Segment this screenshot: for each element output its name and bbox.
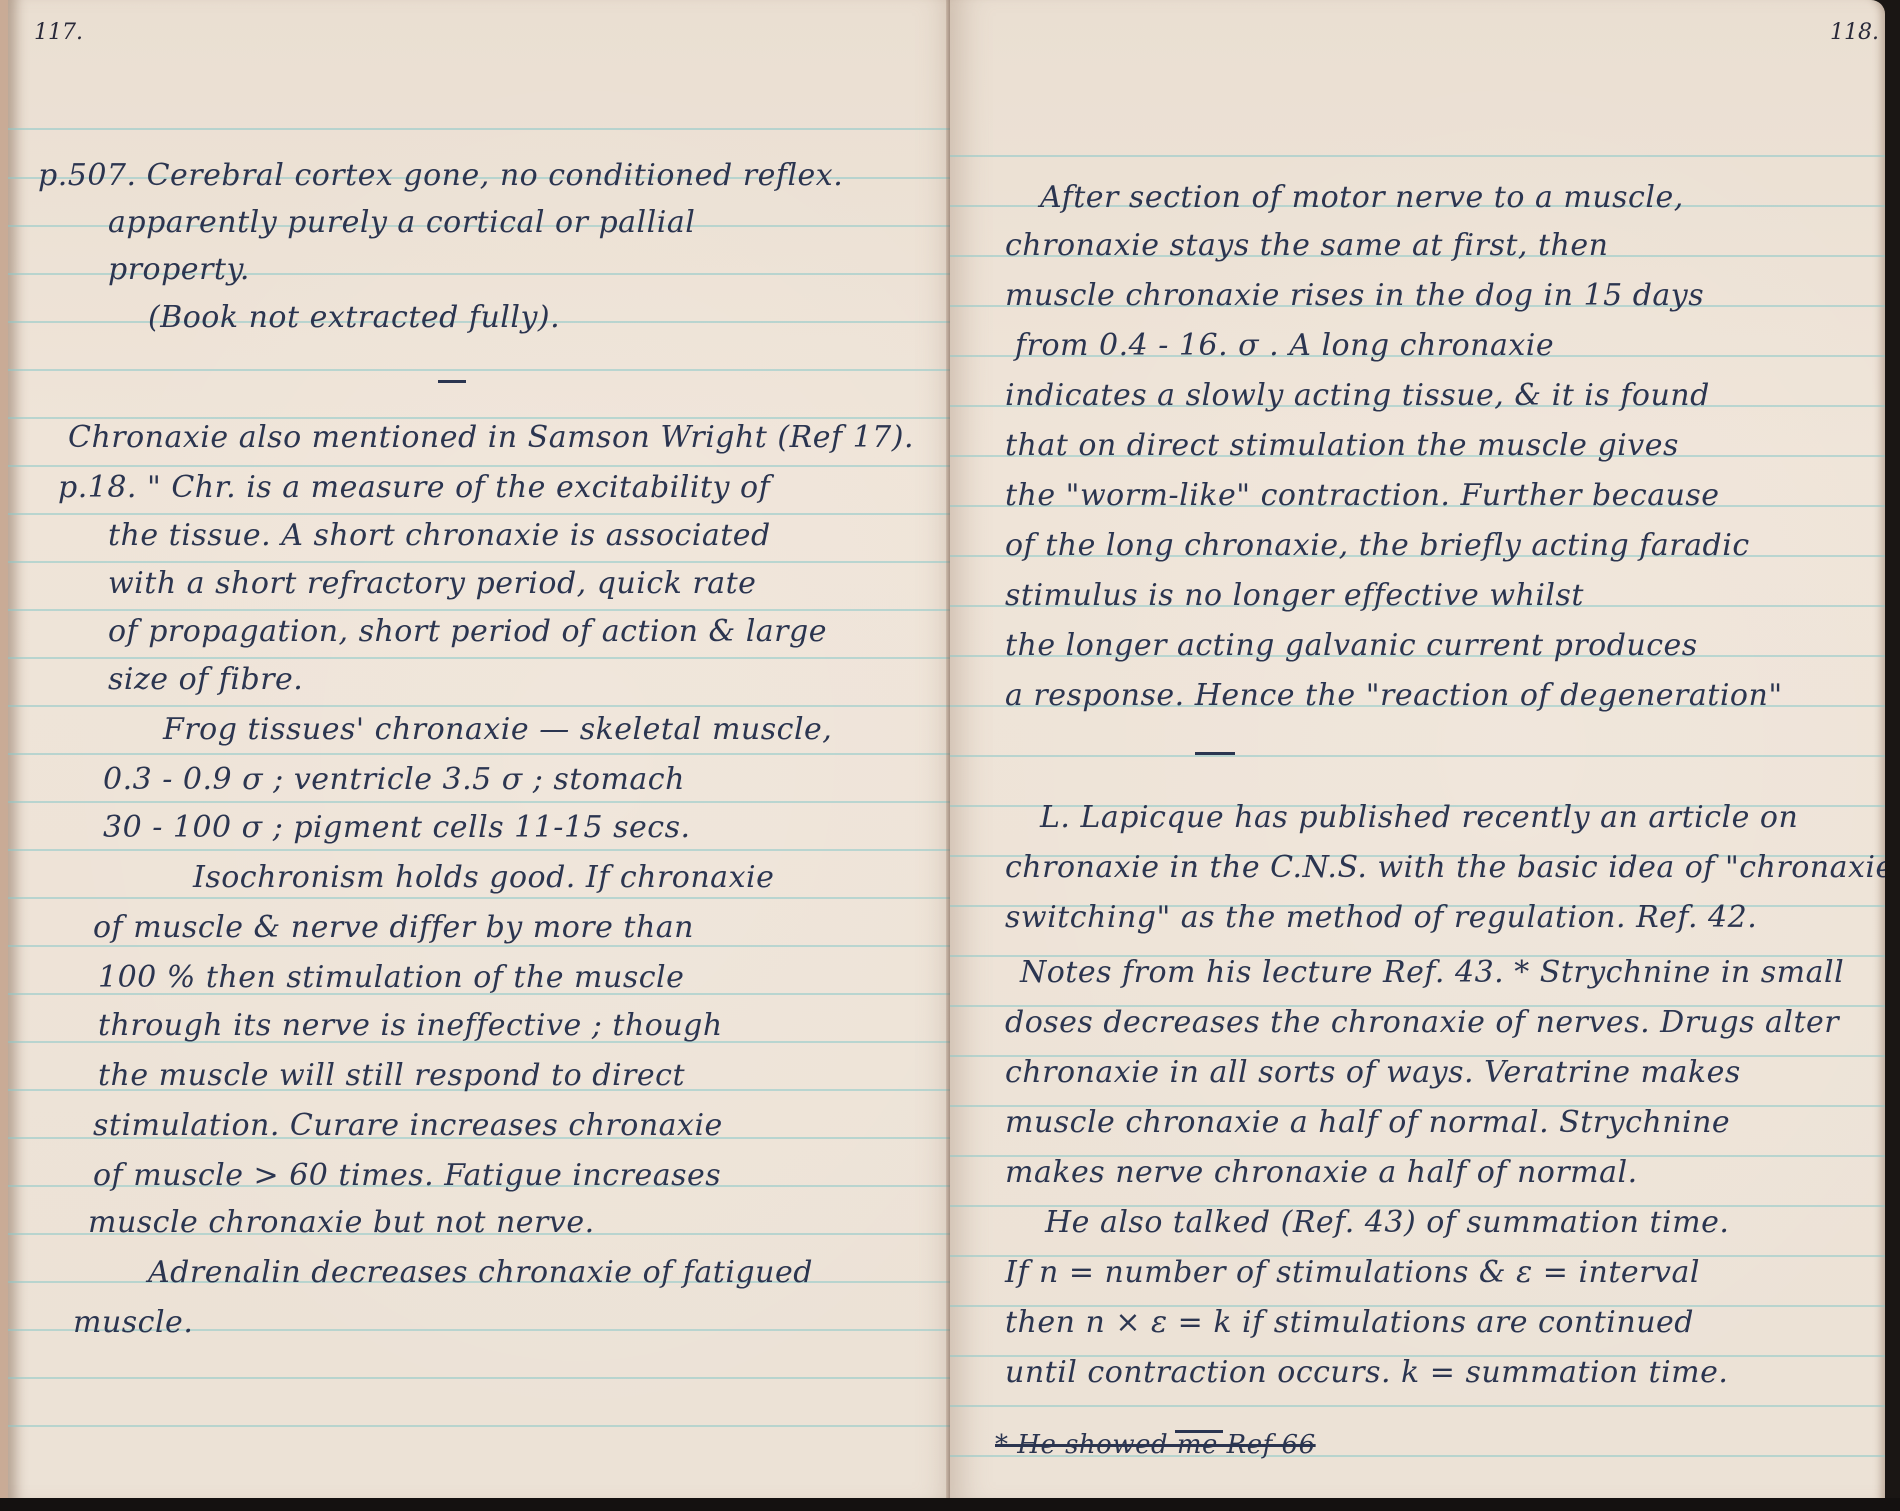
- text-line: After section of motor nerve to a muscle…: [1040, 180, 1684, 215]
- text-line: doses decreases the chronaxie of nerves.…: [1005, 1005, 1839, 1040]
- text-line: 0.3 - 0.9 σ ; ventricle 3.5 σ ; stomach: [103, 762, 685, 797]
- text-line: p.18. " Chr. is a measure of the excitab…: [58, 470, 770, 505]
- text-line: makes nerve chronaxie a half of normal.: [1005, 1155, 1638, 1190]
- text-line: 30 - 100 σ ; pigment cells 11-15 secs.: [103, 810, 691, 845]
- text-line: a response. Hence the "reaction of degen…: [1005, 678, 1783, 713]
- text-line: Isochronism holds good. If chronaxie: [193, 860, 774, 895]
- section-divider: [438, 380, 466, 383]
- text-line: chronaxie stays the same at first, then: [1005, 228, 1608, 263]
- text-line: Chronaxie also mentioned in Samson Wrigh…: [68, 420, 914, 455]
- text-line: L. Lapicque has published recently an ar…: [1040, 800, 1798, 835]
- text-line: Adrenalin decreases chronaxie of fatigue…: [148, 1255, 813, 1290]
- text-line: muscle.: [73, 1305, 193, 1340]
- text-line: muscle chronaxie rises in the dog in 15 …: [1005, 278, 1704, 313]
- notebook-spread: 117. p.507. Cerebral cortex gone, no con…: [0, 0, 1900, 1500]
- text-line: of propagation, short period of action &…: [108, 614, 827, 649]
- text-line: through its nerve is ineffective ; thoug…: [98, 1008, 723, 1043]
- text-line: If n = number of stimulations & ε = inte…: [1005, 1255, 1700, 1290]
- struck-footnote: * He showed me Ref 66: [995, 1430, 1316, 1460]
- text-line: from 0.4 - 16. σ . A long chronaxie: [1015, 328, 1554, 363]
- text-line: the longer acting galvanic current produ…: [1005, 628, 1698, 663]
- page-number-left: 117.: [34, 20, 83, 45]
- text-line: until contraction occurs. k = summation …: [1005, 1355, 1728, 1390]
- section-divider: [1195, 752, 1235, 755]
- text-line: the muscle will still respond to direct: [98, 1058, 685, 1093]
- text-line: switching" as the method of regulation. …: [1005, 900, 1757, 935]
- text-line: muscle chronaxie but not nerve.: [88, 1205, 595, 1240]
- page-number-right: 118.: [1830, 20, 1879, 45]
- text-line: with a short refractory period, quick ra…: [108, 566, 756, 601]
- text-line: apparently purely a cortical or pallial: [108, 205, 695, 240]
- right-page: 118. After section of motor nerve to a m…: [950, 0, 1885, 1498]
- text-line: that on direct stimulation the muscle gi…: [1005, 428, 1679, 463]
- text-line: the "worm-like" contraction. Further bec…: [1005, 478, 1720, 513]
- table-edge: [0, 1498, 1900, 1511]
- text-line: p.507. Cerebral cortex gone, no conditio…: [38, 158, 843, 193]
- text-line: 100 % then stimulation of the muscle: [98, 960, 684, 995]
- text-line: stimulus is no longer effective whilst: [1005, 578, 1584, 613]
- text-line: Notes from his lecture Ref. 43. * Strych…: [1020, 955, 1844, 990]
- text-line: (Book not extracted fully).: [148, 300, 560, 335]
- text-line: of the long chronaxie, the briefly actin…: [1005, 528, 1750, 563]
- text-line: muscle chronaxie a half of normal. Stryc…: [1005, 1105, 1730, 1140]
- text-line: stimulation. Curare increases chronaxie: [93, 1108, 723, 1143]
- text-line: of muscle & nerve differ by more than: [93, 910, 694, 945]
- left-page: 117. p.507. Cerebral cortex gone, no con…: [0, 0, 958, 1498]
- text-line: then n × ε = k if stimulations are conti…: [1005, 1305, 1694, 1340]
- text-line: chronaxie in all sorts of ways. Veratrin…: [1005, 1055, 1741, 1090]
- text-line: He also talked (Ref. 43) of summation ti…: [1045, 1205, 1729, 1240]
- text-line: Frog tissues' chronaxie — skeletal muscl…: [163, 712, 832, 747]
- text-line: chronaxie in the C.N.S. with the basic i…: [1005, 850, 1885, 885]
- text-line: indicates a slowly acting tissue, & it i…: [1005, 378, 1710, 413]
- text-line: of muscle > 60 times. Fatigue increases: [93, 1158, 721, 1193]
- text-line: the tissue. A short chronaxie is associa…: [108, 518, 771, 553]
- text-line: size of fibre.: [108, 662, 303, 697]
- text-line: property.: [108, 252, 250, 287]
